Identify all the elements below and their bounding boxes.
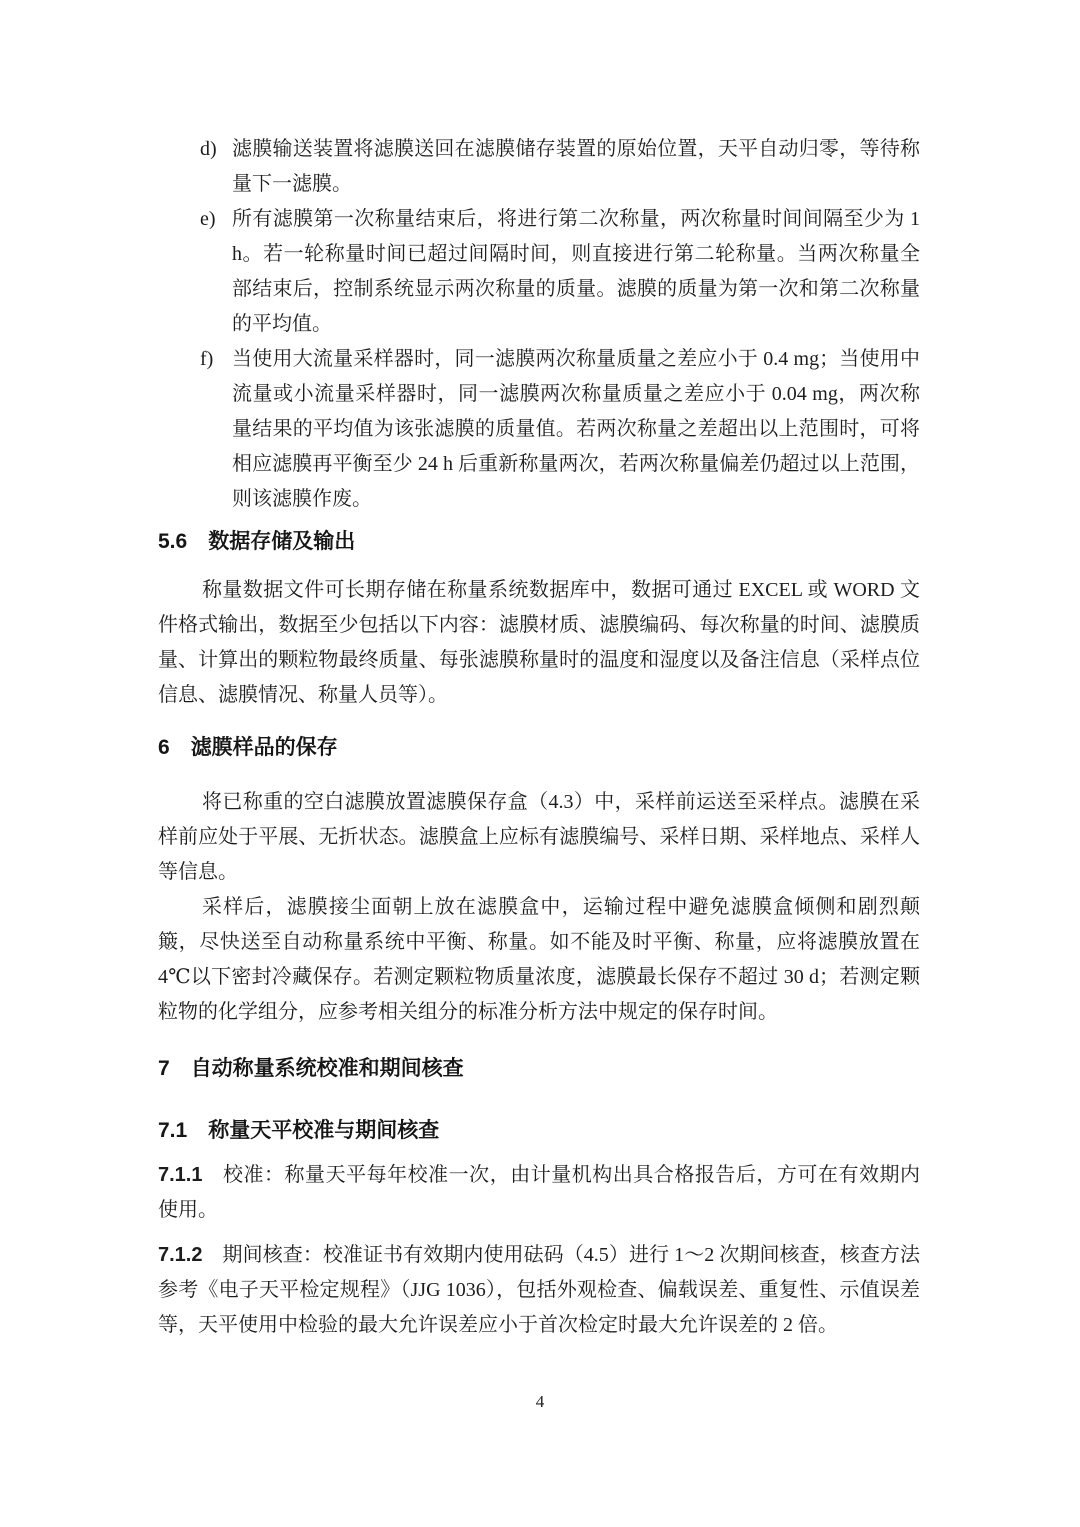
page-content: d) 滤膜输送装置将滤膜送回在滤膜储存装置的原始位置，天平自动归零，等待称量下一…	[158, 132, 920, 1343]
paragraph-6-2: 采样后，滤膜接尘面朝上放在滤膜盒中，运输过程中避免滤膜盒倾侧和剧烈颠簸，尽快送至…	[158, 890, 920, 1030]
clause-text: 期间核查：校准证书有效期内使用砝码（4.5）进行 1～2 次期间核查，核查方法参…	[158, 1244, 920, 1336]
section-heading-7: 7自动称量系统校准和期间核查	[158, 1054, 920, 1084]
document-page: d) 滤膜输送装置将滤膜送回在滤膜储存装置的原始位置，天平自动归零，等待称量下一…	[0, 0, 1080, 1527]
section-number: 7.1	[158, 1119, 187, 1142]
paragraph-5-6: 称量数据文件可长期存储在称量系统数据库中，数据可通过 EXCEL 或 WORD …	[158, 573, 920, 713]
section-title: 自动称量系统校准和期间核查	[191, 1057, 464, 1080]
clause-text: 校准：称量天平每年校准一次，由计量机构出具合格报告后，方可在有效期内使用。	[158, 1164, 920, 1221]
list-item-e: e) 所有滤膜第一次称量结束后，将进行第二次称量，两次称量时间间隔至少为 1 h…	[200, 202, 920, 342]
section-title: 称量天平校准与期间核查	[208, 1119, 439, 1142]
section-heading-6: 6滤膜样品的保存	[158, 733, 920, 763]
section-number: 7	[158, 1057, 170, 1080]
list-item-d: d) 滤膜输送装置将滤膜送回在滤膜储存装置的原始位置，天平自动归零，等待称量下一…	[200, 132, 920, 202]
ordered-list: d) 滤膜输送装置将滤膜送回在滤膜储存装置的原始位置，天平自动归零，等待称量下一…	[200, 132, 920, 517]
section-title: 数据存储及输出	[208, 530, 355, 553]
clause-7-1-1: 7.1.1校准：称量天平每年校准一次，由计量机构出具合格报告后，方可在有效期内使…	[158, 1158, 920, 1228]
clause-7-1-2: 7.1.2期间核查：校准证书有效期内使用砝码（4.5）进行 1～2 次期间核查，…	[158, 1238, 920, 1343]
list-item-label: f)	[200, 342, 232, 517]
section-heading-7-1: 7.1称量天平校准与期间核查	[158, 1116, 920, 1146]
list-item-label: e)	[200, 202, 232, 342]
section-heading-5-6: 5.6数据存储及输出	[158, 527, 920, 557]
list-item-label: d)	[200, 132, 232, 202]
list-item-text: 滤膜输送装置将滤膜送回在滤膜储存装置的原始位置，天平自动归零，等待称量下一滤膜。	[232, 132, 920, 202]
section-number: 6	[158, 736, 170, 759]
list-item-text: 所有滤膜第一次称量结束后，将进行第二次称量，两次称量时间间隔至少为 1 h。若一…	[232, 202, 920, 342]
list-item-text: 当使用大流量采样器时，同一滤膜两次称量质量之差应小于 0.4 mg；当使用中流量…	[232, 342, 920, 517]
clause-number: 7.1.2	[158, 1244, 202, 1266]
clause-number: 7.1.1	[158, 1164, 202, 1186]
section-title: 滤膜样品的保存	[191, 736, 338, 759]
page-number: 4	[0, 1392, 1080, 1412]
paragraph-6-1: 将已称重的空白滤膜放置滤膜保存盒（4.3）中，采样前运送至采样点。滤膜在采样前应…	[158, 785, 920, 890]
section-number: 5.6	[158, 530, 187, 553]
list-item-f: f) 当使用大流量采样器时，同一滤膜两次称量质量之差应小于 0.4 mg；当使用…	[200, 342, 920, 517]
